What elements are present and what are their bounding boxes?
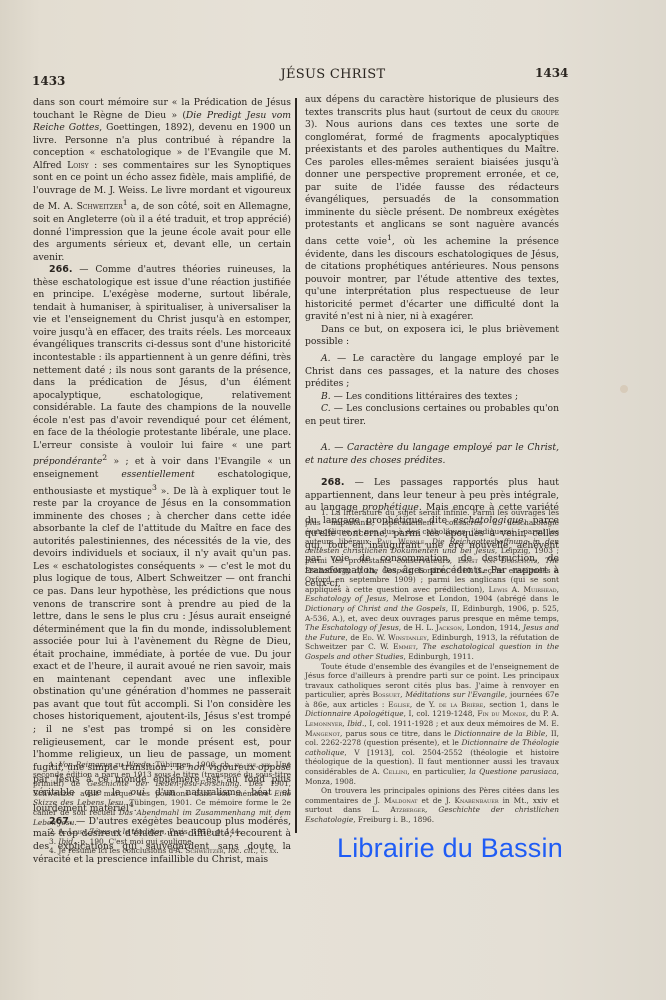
- footnote-4: 4. Je résume ici les conclusions d'A. Sc…: [33, 846, 291, 856]
- left-column: dans son court mémoire sur « la Prédicat…: [33, 97, 291, 866]
- column-divider: [295, 98, 297, 833]
- left-footnotes: 1. Von Reimarus zu Wrede, Tübingen, 1906…: [33, 760, 291, 856]
- paragraph: dans son court mémoire sur « la Prédicat…: [33, 97, 291, 264]
- subsection-heading: A. — Caractère du langage employé par le…: [305, 442, 559, 467]
- list-item-a: A. — Le caractère du langage employé par…: [305, 353, 559, 391]
- watermark-text: Librairie du Bassin: [337, 833, 563, 864]
- right-footnotes: 1. La littérature du sujet serait infini…: [305, 508, 559, 825]
- book-page: 1433 JÉSUS CHRIST 1434 dans son court mé…: [0, 0, 666, 1000]
- page-number-right: 1434: [535, 66, 568, 80]
- footnote-3: 3. Ibid., p. 190. C'est moi qui souligne…: [33, 837, 291, 847]
- list-item-c: C. — Les conclusions certaines ou probab…: [305, 403, 559, 428]
- paragraph: aux dépens du caractère historique de pl…: [305, 94, 559, 324]
- list-item-b: B. — Les conditions littéraires des text…: [305, 391, 559, 404]
- footnote-2: 2. A. Loisy, Jésus et la tradition, Pari…: [33, 827, 291, 837]
- paper-stain: [620, 385, 628, 393]
- footnote-1: 1. La littérature du sujet serait infini…: [305, 508, 559, 662]
- paragraph: Dans ce but, on exposera ici, le plus br…: [305, 324, 559, 349]
- footnote-1: 1. Von Reimarus zu Wrede, Tübingen, 1906…: [33, 760, 291, 827]
- footnote-paragraph: On trouvera les principales opinions des…: [305, 786, 559, 824]
- section-number: 268.: [321, 477, 344, 488]
- section-266: 266. — Comme d'autres théories ruineuses…: [33, 264, 291, 816]
- section-number: 266.: [49, 264, 72, 275]
- footnote-paragraph: Toute étude d'ensemble des évangiles et …: [305, 662, 559, 787]
